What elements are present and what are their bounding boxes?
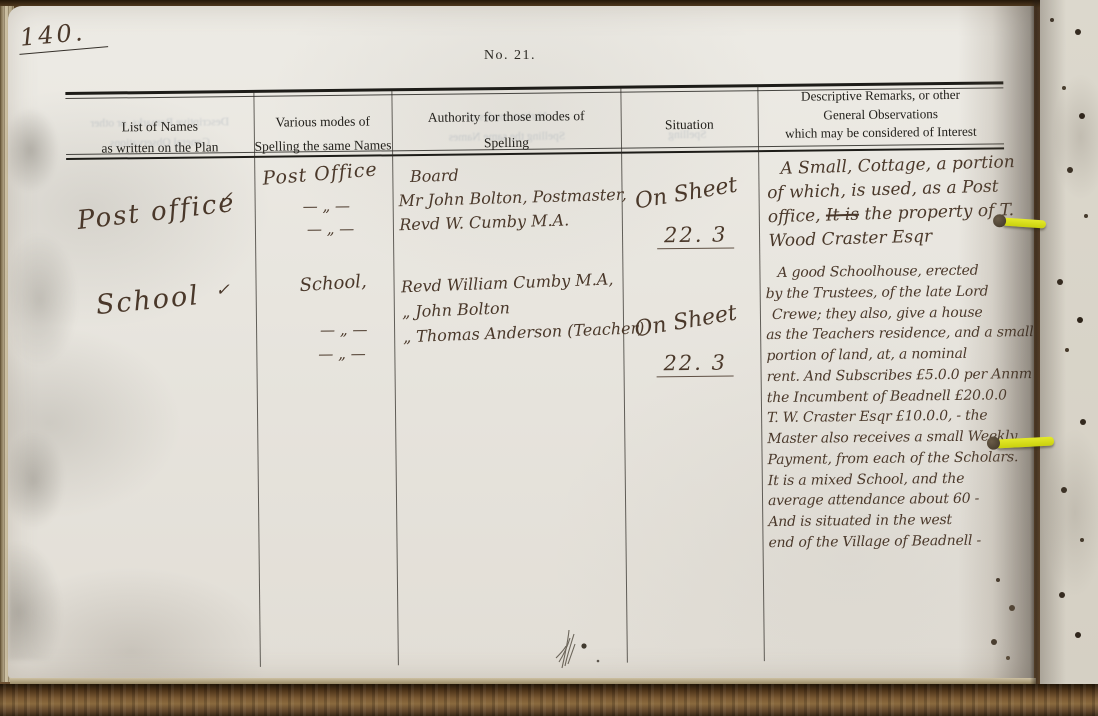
remarks-line: It is a mixed School, and the (768, 471, 965, 489)
remarks-line: end of the Village of Beadnell - (768, 533, 981, 551)
ditto-mark: — „ — (318, 345, 366, 364)
wormholes (1050, 18, 1054, 22)
remarks-line: the Incumbent of Beadnell £20.0.0 (767, 387, 1007, 406)
remarks-struck-text: It is (826, 205, 860, 226)
remarks-line: Master also receives a small Weekly (767, 428, 1017, 447)
remarks-line: And is situated in the west (768, 512, 952, 530)
table-rule-vertical (253, 92, 261, 667)
ditto-mark: — „ — (307, 220, 355, 239)
remarks-line: average attendance about 60 - (768, 491, 979, 509)
remarks-line: of which, is used, as a Post (767, 177, 999, 204)
adjacent-page-edge (1040, 0, 1098, 684)
column-header-situation: Situation (621, 113, 758, 136)
ink-smudge (548, 624, 612, 672)
remarks-text-segment: office, (768, 206, 827, 228)
remarks-line: rent. And Subscribes £5.0.0 per Annm (767, 366, 1032, 385)
entry-remarks: A Small, Cottage, a portion of which, is… (766, 152, 1018, 159)
entry-remarks: A good Schoolhouse, erected by the Trust… (765, 262, 1023, 265)
entry-authority-list: Board Mr John Bolton, Postmaster, Revd W… (398, 159, 635, 238)
remarks-line: portion of land, at, a nominal (766, 346, 967, 364)
remarks-line: office, It is the property of T. (768, 200, 1015, 227)
entry-spelling-name: School, (299, 271, 367, 296)
remarks-line: T. W. Craster Esqr £10.0.0, - the (767, 408, 988, 426)
entry-situation-ref: 22. 3 (657, 222, 735, 249)
entry-plan-name: Post office (76, 188, 238, 236)
remarks-line: as the Teachers residence, and a small (766, 324, 1034, 343)
ditto-mark: — „ — (320, 321, 368, 340)
entry-authority-list: Revd William Cumby M.A, „ John Bolton „ … (401, 265, 644, 349)
remarks-line: A Small, Cottage, a portion (780, 152, 1015, 179)
remarks-line: Crewe; they also, give a house (772, 305, 983, 323)
ditto-mark: — „ — (303, 197, 351, 216)
entry-checkmark: ✓ (216, 280, 230, 300)
desk-edge-bottom (0, 684, 1098, 716)
entry-situation-sheet: On Sheet (633, 301, 739, 343)
remarks-line: A good Schoolhouse, erected (777, 263, 978, 281)
remarks-text-segment: the property of T. (859, 200, 1014, 224)
remarks-line: by the Trustees, of the late Lord (766, 284, 989, 303)
table-rule-vertical (757, 86, 765, 661)
entry-situation-ref: 22. 3 (656, 350, 734, 377)
column-header-list-of-names: List of Names as written on the Plan (66, 115, 254, 159)
column-header-authority: Authority for those modes of Spelling (392, 103, 622, 158)
entry-plan-name: School (94, 280, 201, 321)
remarks-line: Wood Craster Esqr (768, 227, 932, 252)
sheet-number-label: No. 21. (440, 48, 580, 64)
column-header-modes-of-spelling: Various modes of Spelling the same Names (254, 109, 393, 159)
name-book-table: Descriptive Remarks, or other General Ob… (65, 81, 1010, 672)
remarks-line: Payment, from each of the Scholars. (767, 449, 1018, 468)
entry-checkmark: ✓ (218, 188, 232, 208)
column-header-descriptive-remarks: Descriptive Remarks, or other General Ob… (757, 85, 1004, 143)
wormholes (996, 578, 1000, 582)
scanned-name-book-photo: 140. No. 21. Descriptive Remarks, or oth… (0, 0, 1098, 716)
entry-spelling-name: Post Office (262, 158, 379, 189)
entry-situation-sheet: On Sheet (633, 172, 739, 214)
